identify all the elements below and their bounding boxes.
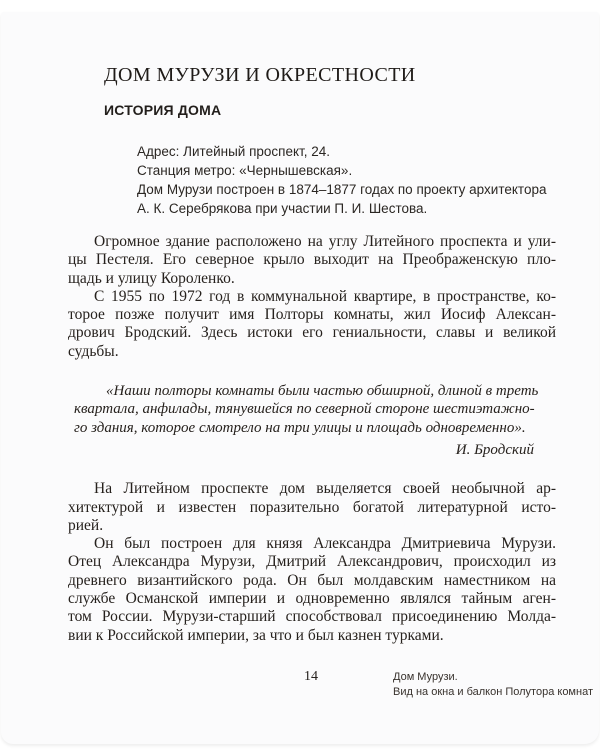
text-line: Вид на окна и балкон Полутора комнат xyxy=(393,685,593,700)
text-line: Адрес: Литейный проспект, 24. xyxy=(137,142,556,161)
text-line: судьбы. xyxy=(68,343,556,361)
text-line: Станция метро: «Чернышевская». xyxy=(137,161,556,180)
paragraph-2: С 1955 по 1972 год в коммунальной кварти… xyxy=(68,288,556,361)
text-line: Огромное здание расположено на углу Лите… xyxy=(68,233,556,251)
text-line: Дом Мурузи построен в 1874–1877 годах по… xyxy=(137,180,556,199)
text-line: го здания, которое смотрело на три улицы… xyxy=(74,419,534,437)
text-line: На Литейном проспекте дом выделяется сво… xyxy=(68,480,556,498)
photo-caption: Дом Мурузи.Вид на окна и балкон Полутора… xyxy=(393,670,593,700)
text-line: Он был построен для князя Александра Дми… xyxy=(68,535,556,553)
page-content: ДОМ МУРУЗИ И ОКРЕСТНОСТИ ИСТОРИЯ ДОМА Ад… xyxy=(0,0,600,645)
text-line: Отец Александра Мурузи, Дмитрий Александ… xyxy=(68,553,556,571)
text-line: С 1955 по 1972 год в коммунальной кварти… xyxy=(68,288,556,306)
page-number: 14 xyxy=(304,669,318,685)
text-line: дрович Бродский. Здесь истоки его гениал… xyxy=(68,324,556,342)
text-line: Дом Мурузи. xyxy=(393,670,593,685)
text-line: торое позже получит имя Полторы комнаты,… xyxy=(68,306,556,324)
text-line: древнего византийского рода. Он был молд… xyxy=(68,572,556,590)
page-title: ДОМ МУРУЗИ И ОКРЕСТНОСТИ xyxy=(104,64,556,86)
text-line: том России. Мурузи-старший способствовал… xyxy=(68,608,556,626)
quote-attribution: И. Бродский xyxy=(74,441,534,459)
body-text-lower: На Литейном проспекте дом выделяется сво… xyxy=(68,480,556,645)
text-line: щадь и улицу Короленко. xyxy=(68,270,556,288)
text-line: квартала, анфилады, тянувшейся по северн… xyxy=(74,400,534,418)
text-line: хитектурой и известен поразительно богат… xyxy=(68,499,556,517)
text-line: цы Пестеля. Его северное крыло выходит н… xyxy=(68,251,556,269)
quote-text: «Наши полторы комнаты были частью обширн… xyxy=(74,382,534,437)
text-line: «Наши полторы комнаты были частью обширн… xyxy=(74,382,534,400)
paragraph-1: Огромное здание расположено на углу Лите… xyxy=(68,233,556,288)
text-line: службе Османской империи и одновременно … xyxy=(68,590,556,608)
text-line: А. К. Серебрякова при участии П. И. Шест… xyxy=(137,199,556,218)
quote-block: «Наши полторы комнаты были частью обширн… xyxy=(74,382,534,459)
paragraph-4: Он был построен для князя Александра Дми… xyxy=(68,535,556,645)
paragraph-3: На Литейном проспекте дом выделяется сво… xyxy=(68,480,556,535)
section-heading: ИСТОРИЯ ДОМА xyxy=(104,102,556,118)
body-text-upper: Огромное здание расположено на углу Лите… xyxy=(68,233,556,361)
text-line: вии к Российской империи, за что и был к… xyxy=(68,627,556,645)
info-block: Адрес: Литейный проспект, 24.Станция мет… xyxy=(137,142,556,218)
text-line: рией. xyxy=(68,517,556,535)
